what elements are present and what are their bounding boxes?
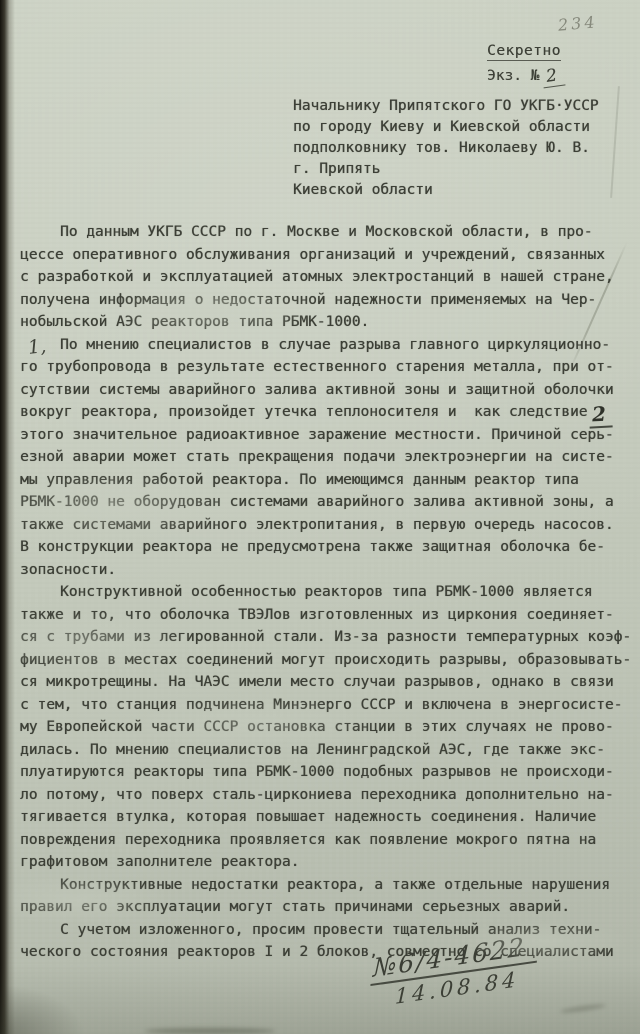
text-line: повреждения переходника проявляется как … [20,829,631,852]
text-line: тягивается втулка, которая повышает наде… [20,806,631,829]
text-line: Конструктивной особенностью реакторов ти… [20,581,631,604]
text-line: сутствии системы аварийного залива актив… [20,379,631,402]
classification-block: Секретно Экз. №2 [487,40,564,86]
paragraph-4: Конструктивные недостатки реактора, а та… [20,874,631,919]
text-line: вокруг реактора, произойдет утечка тепло… [20,401,631,424]
text-line: правил его эксплуатации могут стать прич… [20,896,631,919]
paragraph-3: Конструктивной особенностью реакторов ти… [20,581,631,874]
text-line: Киевской области [293,180,599,201]
text-line: му Европейской части СССР остановка стан… [20,716,631,739]
paper-crease [610,86,620,198]
text-line: мы управления работой реактора. По имеющ… [20,469,631,492]
handwritten-margin-mark-1: 1, [27,335,47,359]
text-line: По данным УКГБ СССР по г. Москве и Моско… [20,221,631,244]
bottom-page-smudge [560,1003,606,1014]
text-line: езной аварии может стать прекращения под… [20,446,631,469]
text-line: также системами аварийного электропитани… [20,514,631,537]
text-line: г. Припять [293,159,599,180]
text-line: также и то, что оболочка ТВЭЛов изготовл… [20,604,631,627]
recipient-address-block: Начальнику Припятского ГО УКГБ·УССРпо го… [293,96,599,201]
text-line: ся с трубами из легированной стали. Из-з… [20,626,631,649]
text-line: По мнению специалистов в случае разрыва … [20,334,631,357]
handwritten-margin-mark-2: 2 [588,401,612,428]
text-line: получена информация о недостаточной наде… [20,289,631,312]
paragraph-5: С учетом изложенного, просим провести тщ… [20,919,631,964]
bottom-shadow [0,964,640,1034]
scanned-document-page: 234 Секретно Экз. №2 Начальнику Припятск… [0,0,640,1034]
copy-number-line: Экз. №2 [487,65,564,86]
text-line: ческого состояния реакторов I и 2 блоков… [20,941,631,964]
text-line: РБМК-1000 не оборудован системами аварий… [20,491,631,514]
handwritten-page-number: 234 [557,12,598,34]
text-line: нобыльской АЭС реакторов типа РБМК-1000. [20,311,631,334]
text-line: с тем, что станция подчинена Минэнерго С… [20,694,631,717]
text-line: с разработкой и эксплуатацией атомных эл… [20,266,631,289]
text-line: фициентов в местах соединений могут прои… [20,649,631,672]
text-line: Начальнику Припятского ГО УКГБ·УССР [293,96,599,117]
text-line: подполковнику тов. Николаеву Ю. В. [293,138,599,159]
text-line: дилась. По мнению специалистов на Ленинг… [20,739,631,762]
text-line: В конструкции реактора не предусмотрена … [20,536,631,559]
paragraph-2: По мнению специалистов в случае разрыва … [20,334,631,582]
text-line: этого значительное радиоактивное заражен… [20,424,631,447]
classification-label: Секретно [487,43,561,61]
text-line: го трубопровода в результате естественно… [20,356,631,379]
text-line: графитовом заполнителе реактора. [20,851,631,874]
text-line: Конструктивные недостатки реактора, а та… [20,874,631,897]
copy-number-prefix: Экз. № [487,68,539,84]
text-line: С учетом изложенного, просим провести тщ… [20,919,631,942]
paragraph-1: По данным УКГБ СССР по г. Москве и Моско… [20,221,631,334]
text-line: ло потому, что поверх сталь-циркониева п… [20,784,631,807]
bottom-page-smudge [145,1028,275,1034]
binding-shadow-edge [0,0,15,1034]
text-line: по городу Киеву и Киевской области [293,117,599,138]
text-line: плуатируются реакторы типа РБМК-1000 под… [20,761,631,784]
text-line: цессе оперативного обслуживания организа… [20,244,631,267]
document-body: По данным УКГБ СССР по г. Москве и Моско… [20,221,631,964]
handwritten-copy-number: 2 [541,65,566,89]
text-line: зопасности. [20,559,631,582]
text-line: ся микротрещины. На ЧАЭС имели место слу… [20,671,631,694]
